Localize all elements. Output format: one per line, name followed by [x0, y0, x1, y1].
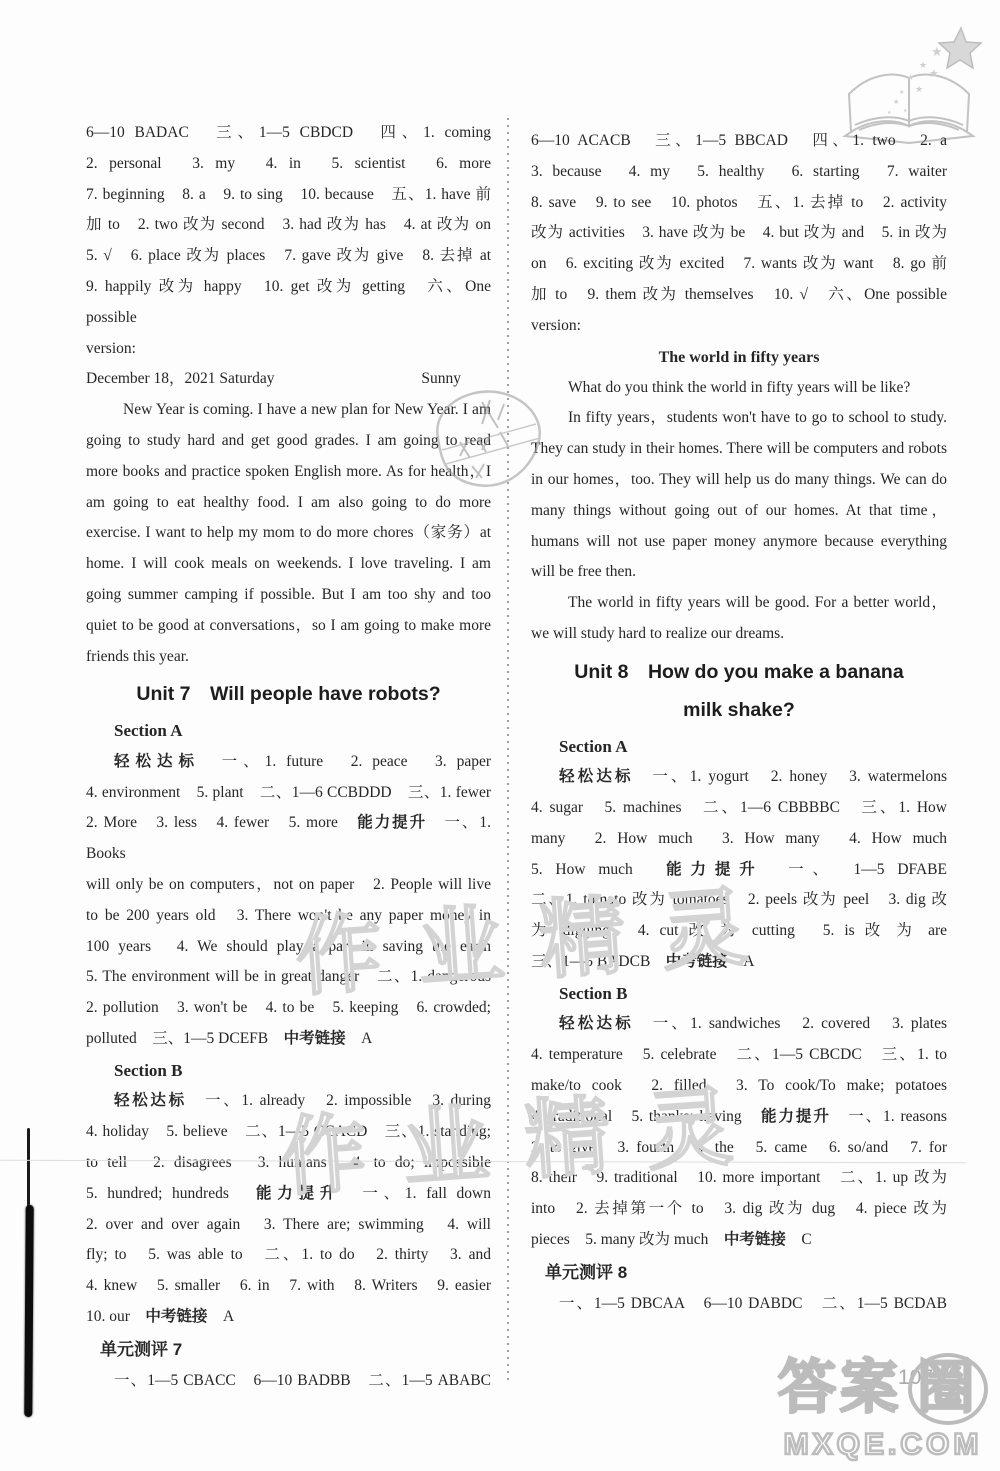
answer-line: fly; to 5. was able to 二、1. to do 2. thi…	[86, 1240, 491, 1271]
answer-line: make/to cook 2. filled 3. To cook/To mak…	[531, 1071, 947, 1102]
answer-line: 8. their 9. traditional 10. more importa…	[531, 1163, 947, 1194]
passage-title: The world in fifty years	[531, 342, 947, 373]
answer-line: 改为 activities 3. have 改为 be 4. but 改为 an…	[531, 218, 947, 249]
site-watermark-cn: 答案圈	[778, 1353, 988, 1425]
essay-paragraph: The world in fifty years will be good. F…	[531, 588, 947, 650]
unit-test-heading: 单元测评 8	[531, 1256, 947, 1289]
answer-line: version:	[531, 311, 947, 342]
svg-text:★: ★	[931, 45, 943, 60]
answer-line: 轻松达标 一、1. sandwiches 2. covered 3. plate…	[531, 1009, 947, 1040]
essay-paragraph: In fifty years，students won't have to go…	[531, 403, 947, 588]
essay-paragraph: What do you think the world in fifty yea…	[531, 373, 947, 404]
answer-line: 100 years 4. We should play a part in sa…	[86, 932, 491, 963]
scan-binding-mark	[24, 1205, 33, 1417]
svg-text:★: ★	[893, 98, 899, 106]
svg-text:★: ★	[919, 61, 927, 71]
answer-line: 为 digging 4. cut 改 为 cutting 5. is 改 为 a…	[531, 916, 947, 947]
site-watermark-url: MXQE.COM	[778, 1425, 988, 1465]
svg-text:★: ★	[907, 73, 914, 82]
stamp-seal	[420, 380, 555, 505]
answer-line: 9. happily 改为 happy 10. get 改为 getting 六…	[86, 272, 491, 334]
page-number: 107	[898, 1366, 933, 1390]
svg-text:★: ★	[929, 67, 939, 80]
scanned-answer-page: ★ ★ ★ ★ ★ ★ ★ ★ ★ 6—10 BADAC 三、1—5 CBDCD…	[0, 0, 1000, 1471]
answer-line: on 6. exciting 改为 excited 7. wants 改为 wa…	[531, 249, 947, 280]
section-heading: Section B	[86, 1055, 491, 1087]
answer-line: to tell 2. disagrees 3. humans 4. to do;…	[86, 1148, 491, 1179]
unit-test-heading: 单元测评 7	[86, 1333, 491, 1366]
answer-line: 2. over and over again 3. There are; swi…	[86, 1210, 491, 1241]
column-divider	[507, 118, 509, 1385]
answer-line: 加 to 2. two 改为 second 3. had 改为 has 4. a…	[86, 210, 491, 241]
answer-line: 三、1—5 BADCB 中考链接 A	[531, 947, 947, 978]
answer-line: 轻松达标 一、1. yogurt 2. honey 3. watermelons	[531, 762, 947, 793]
answer-line: 一、1—5 DBCAA 6—10 DABDC 二、1—5 BCDAB	[531, 1289, 947, 1320]
answer-line: will only be on computers，not on paper 2…	[86, 870, 491, 901]
unit-heading: Unit 7 Will people have robots?	[86, 675, 491, 713]
answer-line: into 2. 去掉第一个 to 3. dig 改为 dug 4. piece …	[531, 1194, 947, 1225]
answer-line: 6—10 ACACB 三、1—5 BBCAD 四、1. two 2. a	[531, 126, 947, 157]
answer-line: 轻松达标 一、1. already 2. impossible 3. durin…	[86, 1086, 491, 1117]
answer-line: to be 200 years old 3. There won't be an…	[86, 901, 491, 932]
answer-line: 4. temperature 5. celebrate 二、1—5 CBCDC …	[531, 1040, 947, 1071]
answer-line: polluted 三、1—5 DCEFB 中考链接 A	[86, 1024, 491, 1055]
answer-line: 轻松达标 一、1. future 2. peace 3. paper	[86, 747, 491, 778]
answer-line: 5. How much 能力提升 一、 1—5 DFABE	[531, 855, 947, 886]
answer-line: 7. beginning 8. a 9. to sing 10. because…	[86, 180, 491, 211]
site-watermark: 答案圈 MXQE.COM	[778, 1353, 988, 1465]
answer-line: 4. knew 5. smaller 6. in 7. with 8. Writ…	[86, 1271, 491, 1302]
answer-line: version:	[86, 334, 491, 365]
answer-line: 10. our 中考链接 A	[86, 1302, 491, 1333]
date-text: December 18，2021 Saturday	[86, 364, 275, 395]
answer-line: 5. hundred; hundreds 能力提升 一、1. fall down	[86, 1179, 491, 1210]
answer-line: 6—10 BADAC 三、1—5 CBDCD 四、1. coming	[86, 118, 491, 149]
answer-line: 二、1. tomato 改为 tomatoes 2. peels 改为 peel…	[531, 885, 947, 916]
answer-line: 2. to give 3. fourth 4. the 5. came 6. s…	[531, 1133, 947, 1164]
answer-line: 4. holiday 5. believe 二、1—5 CCACD 三、1. s…	[86, 1117, 491, 1148]
answer-line: pieces 5. many 改为 much 中考链接 C	[531, 1225, 947, 1256]
section-heading: Section A	[531, 731, 947, 763]
answer-line: 5. √ 6. place 改为 places 7. gave 改为 give …	[86, 241, 491, 272]
answer-line: 2. More 3. less 4. fewer 5. more 能力提升 一、…	[86, 808, 491, 870]
svg-text:★: ★	[887, 110, 892, 116]
answer-line: 3. because 4. my 5. healthy 6. starting …	[531, 157, 947, 188]
answer-line: 4. traditional 5. thanks; having 能力提升 一、…	[531, 1102, 947, 1133]
answer-line: 2. personal 3. my 4. in 5. scientist 6. …	[86, 149, 491, 180]
section-heading: Section B	[531, 978, 947, 1010]
answer-line: 2. pollution 3. won't be 4. to be 5. kee…	[86, 993, 491, 1024]
svg-text:★: ★	[915, 85, 923, 95]
answer-line: 4. sugar 5. machines 二、1—6 CBBBBC 三、1. H…	[531, 793, 947, 824]
answer-line: 8. save 9. to see 10. photos 五、1. 去掉 to …	[531, 188, 947, 219]
answer-line: 5. The environment will be in great dang…	[86, 962, 491, 993]
answer-line: 一、1—5 CBACC 6—10 BADBB 二、1—5 ABABC	[86, 1366, 491, 1397]
unit-heading: Unit 8 How do you make a banana milk sha…	[531, 653, 947, 729]
svg-text:★: ★	[899, 89, 904, 96]
left-column: 6—10 BADAC 三、1—5 CBDCD 四、1. coming2. per…	[86, 118, 491, 1396]
answer-line: 4. environment 5. plant 二、1—6 CCBDDD 三、1…	[86, 778, 491, 809]
answer-line: many 2. How much 3. How many 4. How much	[531, 824, 947, 855]
section-heading: Section A	[86, 715, 491, 747]
svg-text:★: ★	[903, 108, 908, 114]
right-column: 6—10 ACACB 三、1—5 BBCAD 四、1. two 2. a3. b…	[531, 126, 947, 1320]
answer-line: 加 to 9. them 改为 themselves 10. √ 六、One p…	[531, 280, 947, 311]
